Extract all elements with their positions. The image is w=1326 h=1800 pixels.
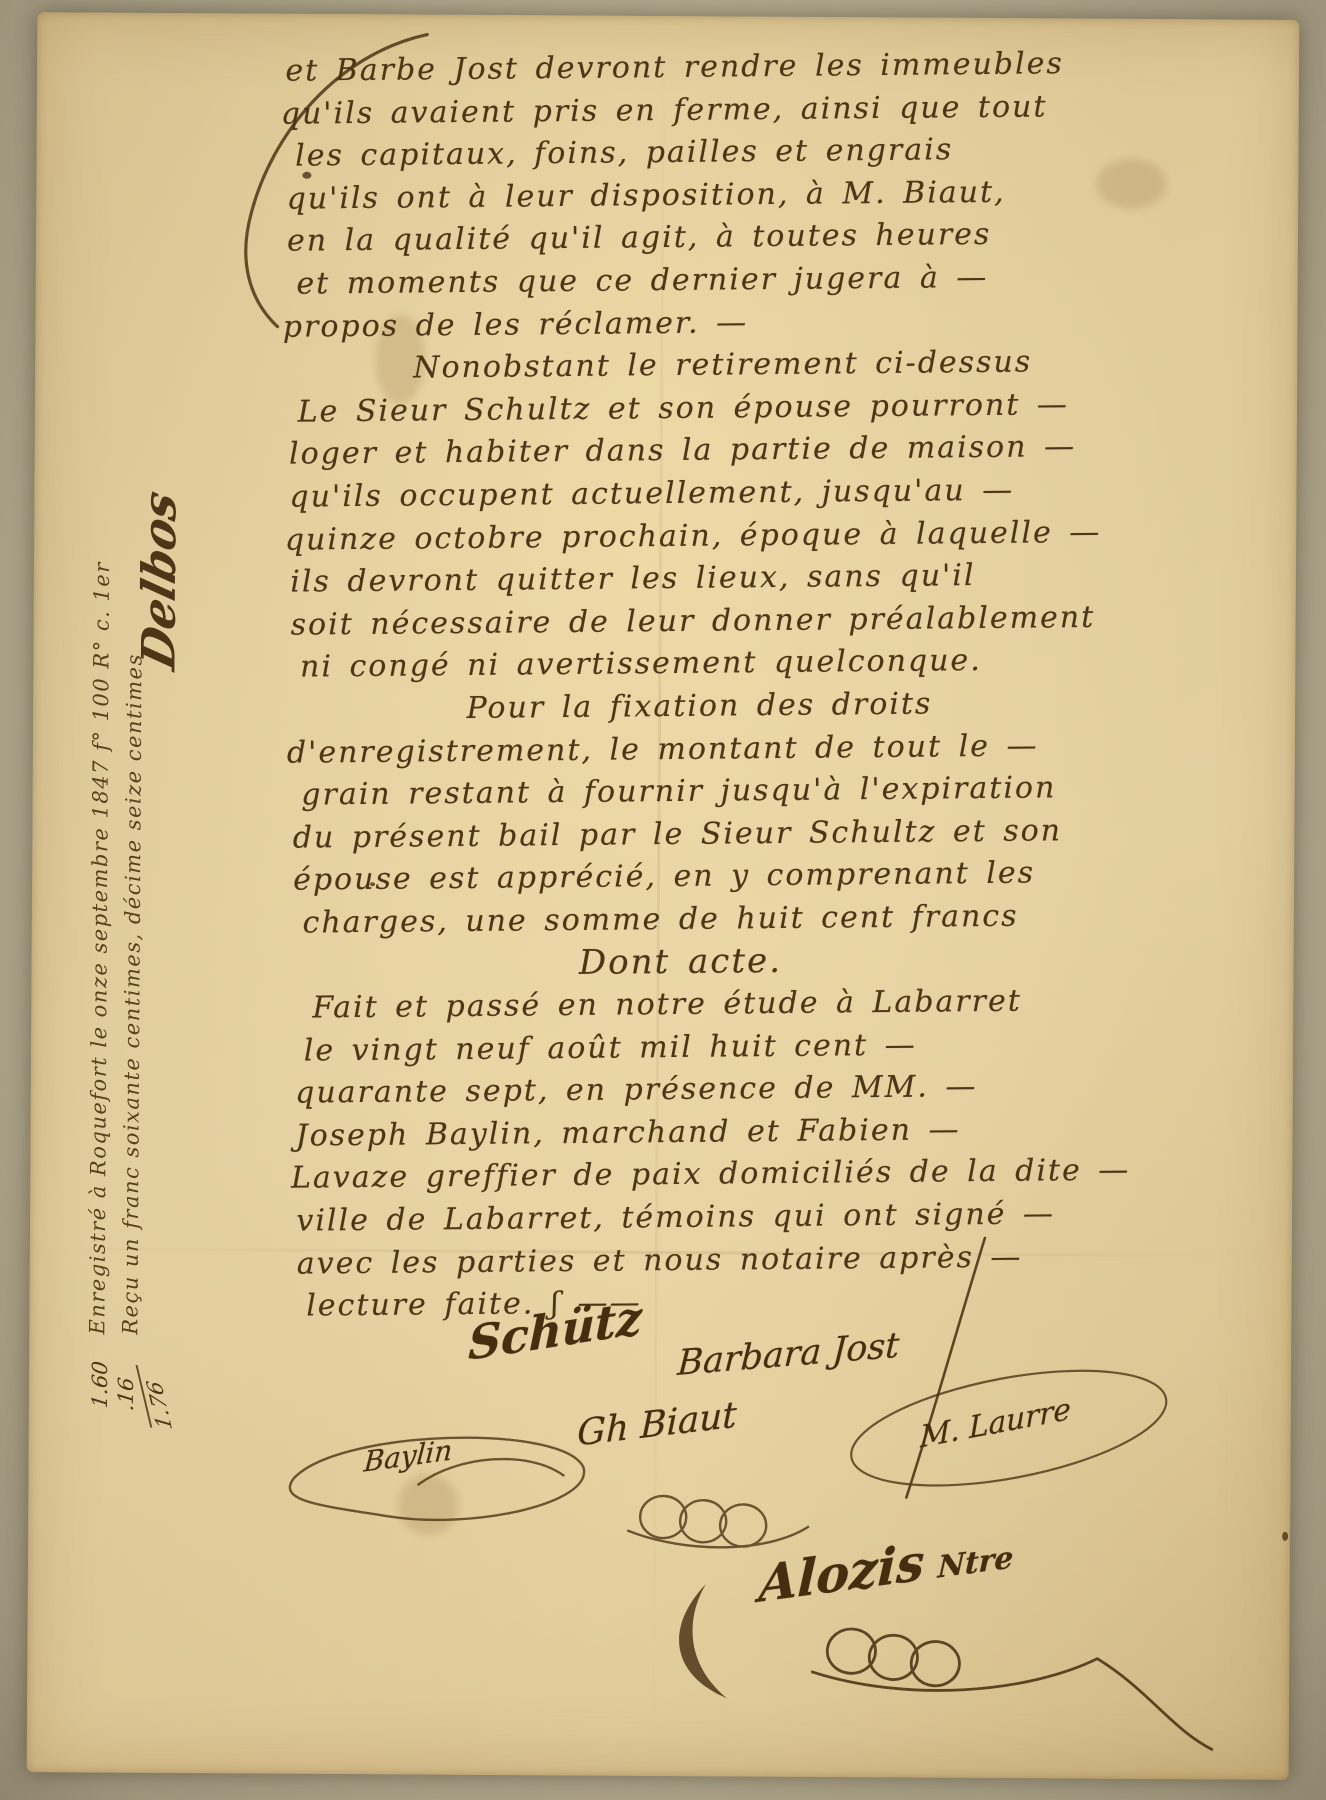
manuscript-line: soit nécessaire de leur donner préalable… <box>290 596 1170 647</box>
manuscript-line: loger et habiter dans la partie de maiso… <box>289 426 1169 477</box>
fee-line: .16 <box>113 1363 139 1427</box>
signature-notary-title: Ntre <box>937 1540 1014 1586</box>
document-paper: et Barbe Jost devront rendre les immeubl… <box>27 12 1300 1780</box>
signature-notary-name: Alozis <box>758 1532 926 1614</box>
paper-stain <box>398 1474 458 1534</box>
manuscript-line: ville de Labarret, témoins qui ont signé… <box>296 1192 1176 1243</box>
ink-speck <box>1282 1532 1288 1541</box>
notary-paraph <box>812 1629 1213 1750</box>
manuscript-line-dont-acte: Dont acte. <box>579 937 1174 985</box>
manuscript-line: lecture faite. ʃ —— <box>306 1277 1177 1328</box>
signature-laurre: M. Laurre <box>920 1392 1071 1456</box>
signature-barbara-jost: Barbara Jost <box>676 1326 900 1384</box>
signature-baylin: Baylin <box>363 1433 454 1478</box>
signature-notary: AlozisNtre <box>758 1520 1015 1614</box>
margin-registration-line2: Reçu un franc soixante centimes, décime … <box>114 105 155 1335</box>
manuscript-line: quinze octobre prochain, époque à laquel… <box>285 511 1170 562</box>
manuscript-line: Pour la fixation des droits <box>466 681 1171 730</box>
manuscript-line: du présent bail par le Sieur Schultz et … <box>293 809 1173 860</box>
margin-signature-delbos: Delbos <box>131 485 186 674</box>
margin-registration-note: Enregistré à Roquefort le onze septembre… <box>81 104 155 1334</box>
manuscript-line: qu'ils avaient pris en ferme, ainsi que … <box>281 85 1166 136</box>
photo-background: et Barbe Jost devront rendre les immeubl… <box>0 0 1326 1800</box>
fee-total: 1.76 <box>136 1365 179 1431</box>
manuscript-body: et Barbe Jost devront rendre les immeubl… <box>285 42 1177 1328</box>
fee-line: 1.60 <box>87 1360 113 1424</box>
crescent-stroke <box>679 1584 728 1698</box>
manuscript-line: Nonobstant le retirement ci-dessus <box>413 340 1168 390</box>
margin-fee-sum: 1.60 .16 1.76 <box>87 1360 171 1430</box>
signature-biaut: Gh Biaut <box>577 1394 737 1454</box>
